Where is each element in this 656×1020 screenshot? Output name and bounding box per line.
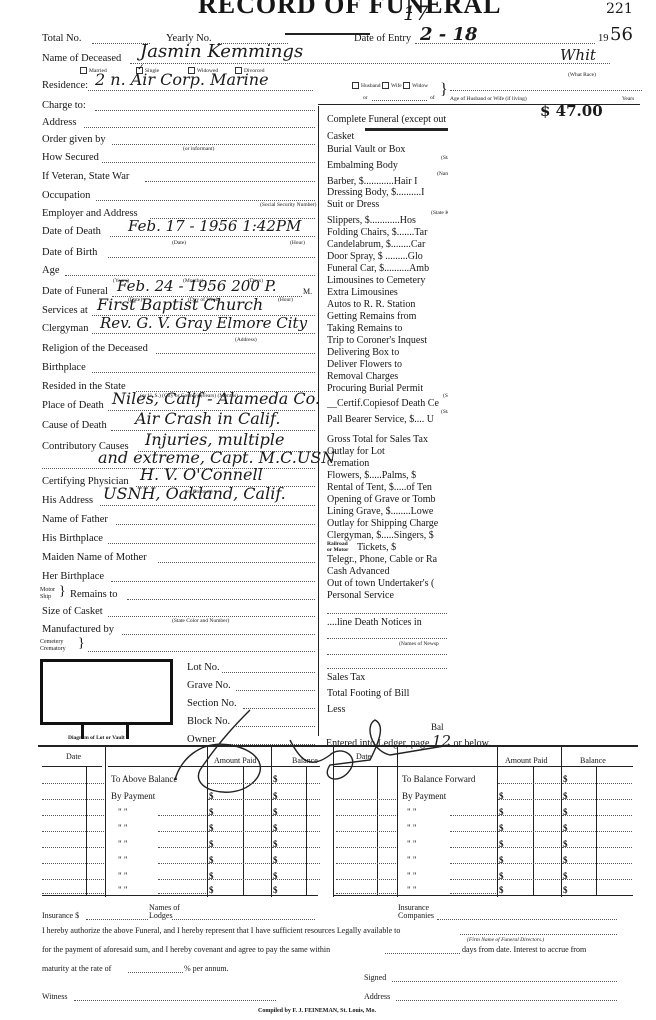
name-of-deceased-value: Jasmin Kemmings	[140, 45, 303, 59]
witness-field[interactable]	[74, 1000, 276, 1001]
ledger-right-desc-line[interactable]	[450, 831, 496, 832]
charge-opening-grave: Opening of Grave or Tomb	[327, 494, 436, 505]
charge-lining-grave: Lining Grave, $........Lowe	[327, 506, 433, 517]
ledger-left-row-0: To Above Balance	[111, 774, 177, 784]
informant-caption: (or informant)	[183, 146, 214, 152]
brace: }	[78, 637, 85, 651]
charge-barber: Barber, $............Hair I	[327, 176, 417, 187]
his-birthplace-field[interactable]	[108, 543, 315, 544]
lot-no-label: Lot No.	[187, 662, 220, 674]
occupation-field[interactable]	[96, 200, 315, 201]
ledger-left-row-2: " "	[118, 807, 128, 817]
charge-removal: Removal Charges	[327, 371, 398, 382]
remains-to-label: Remains to	[70, 589, 118, 601]
charge-out-of-town: Out of town Undertaker's (	[327, 578, 434, 589]
address-footer-field[interactable]	[396, 1000, 617, 1001]
veteran-war-label: If Veteran, State War	[42, 171, 129, 183]
ledger-left-date-line[interactable]	[42, 847, 104, 848]
wife-label: Wife	[391, 83, 402, 89]
her-birthplace-field[interactable]	[111, 581, 315, 582]
ledger-left-balance-line[interactable]	[272, 847, 320, 848]
insurance-field[interactable]	[86, 919, 148, 920]
charge-deliver-flowers: Deliver Flowers to	[327, 359, 402, 370]
ledger-left-desc-line[interactable]	[158, 863, 206, 864]
ledger-right-row-0: To Balance Forward	[402, 774, 475, 784]
maturity-text: maturity at the rate of	[42, 964, 111, 973]
services-at-value: First Baptist Church	[97, 298, 263, 312]
newspapers-caption: (Names of Newsp	[399, 641, 439, 647]
ledger-left-row-6: " "	[118, 871, 128, 881]
charge-burial-permit: Procuring Burial Permit	[327, 383, 423, 394]
firm-name-field[interactable]	[460, 934, 617, 935]
ledger-left-desc-line[interactable]	[158, 879, 206, 880]
casket-color-caption: (State Color and Number)	[172, 618, 229, 624]
his-address-value: USNH, Oakland, Calif.	[103, 487, 286, 501]
witness-label: Witness	[42, 992, 67, 1001]
religion-field[interactable]	[156, 353, 315, 354]
his-address-field[interactable]	[100, 505, 315, 506]
companies-label: Companies	[398, 911, 434, 920]
funeral-hour-caption: (Hour)	[278, 297, 293, 303]
ledger-left-desc-line[interactable]	[158, 831, 206, 832]
authorize-text: I hereby authorize the above Funeral, an…	[42, 926, 400, 935]
address-footer-label: Address	[364, 992, 390, 1001]
ledger-left-date-line[interactable]	[42, 799, 104, 800]
brace: }	[440, 82, 448, 98]
charge-embalming: Embalming Body	[327, 160, 398, 171]
date-of-funeral-value: Feb. 24 - 1956 200 P.	[117, 279, 276, 293]
widow-label: Widow	[412, 83, 428, 89]
ledger-right-amount-line[interactable]	[498, 815, 560, 816]
charge-taking-remains: Taking Remains to	[327, 323, 402, 334]
ledger-right-row-1: By Payment	[402, 791, 446, 801]
address-label: Address	[42, 117, 76, 129]
how-secured-label: How Secured	[42, 152, 99, 164]
ledger-right-date-line[interactable]	[336, 831, 396, 832]
charge-autos-rr: Autos to R. R. Station	[327, 299, 415, 310]
grave-no-label: Grave No.	[187, 680, 231, 692]
ledger-left-bottom-rule	[42, 895, 318, 896]
cemetery-label: Cemetery	[40, 639, 63, 645]
maiden-name-field[interactable]	[158, 562, 315, 563]
lodges-field[interactable]	[172, 919, 315, 920]
price-handwritten: $ 47.00	[540, 104, 603, 118]
ledger-left-date-line[interactable]	[42, 815, 104, 816]
residence-field[interactable]	[88, 90, 313, 91]
diagram-caption: Diagram of Lot or Vault	[68, 735, 125, 741]
residence-value: 2 n. Air Corp. Marine	[95, 73, 269, 87]
ledger-left-desc-line[interactable]	[158, 815, 206, 816]
spouse-of: of	[430, 95, 435, 101]
size-of-casket-field[interactable]	[108, 616, 315, 617]
percent-text: % per annum.	[184, 964, 229, 973]
dollar-sign: $	[499, 885, 504, 895]
ledger-right-balance-line[interactable]	[562, 847, 632, 848]
cause-of-death-label: Cause of Death	[42, 420, 107, 432]
birthplace-label: Birthplace	[42, 362, 86, 374]
cause-of-death-value: Air Crash in Calif.	[135, 412, 280, 426]
order-given-by-label: Order given by	[42, 134, 106, 146]
name-of-deceased-label: Name of Deceased	[42, 53, 121, 65]
address-field[interactable]	[84, 127, 315, 128]
ledger-right-divider	[497, 747, 498, 897]
charge-coroner-trip: Trip to Coroner's Inquest	[327, 335, 427, 346]
spouse-extra-field[interactable]	[450, 90, 642, 91]
dollar-sign: $	[273, 885, 278, 895]
charge-suit-dress: Suit or Dress	[327, 199, 379, 210]
clergyman-label: Clergyman	[42, 323, 88, 335]
ledger-left-balance-line[interactable]	[272, 831, 320, 832]
contributory-causes-value-2: and extreme, Capt. M.C.USN	[98, 451, 335, 465]
signed-label: Signed	[364, 973, 386, 982]
certifying-physician-value: H. V. O'Connell	[140, 468, 263, 482]
charge-to-field[interactable]	[95, 110, 315, 111]
signed-field[interactable]	[392, 981, 617, 982]
ledger-left-amount-line[interactable]	[208, 799, 270, 800]
ledger-right-date-line[interactable]	[336, 799, 396, 800]
embalming-caption: (Name	[437, 171, 448, 177]
charge-folding-chairs: Folding Chairs, $.......Tar	[327, 227, 427, 238]
charge-candelabrum: Candelabrum, $........Car	[327, 239, 425, 250]
hour-caption: (Hour)	[290, 240, 305, 246]
ledger-right-row-4: " "	[407, 839, 417, 849]
diagram-tab-right	[126, 725, 129, 739]
lot-diagram-box	[40, 659, 173, 725]
grave-no-field[interactable]	[236, 690, 315, 691]
ledger-top-rule	[38, 745, 638, 747]
dollar-sign: $	[209, 885, 214, 895]
handwritten-number: 17	[403, 6, 428, 20]
his-birthplace-label: His Birthplace	[42, 533, 103, 545]
ledger-right-balance-line[interactable]	[562, 783, 632, 784]
motor-label: Motor	[40, 587, 55, 593]
residence-label: Residence:	[42, 80, 88, 92]
date-of-death-value: Feb. 17 - 1956 1:42PM	[128, 219, 301, 233]
ledger-right-date-header: Date	[356, 752, 371, 761]
pm-suffix: M.	[303, 286, 312, 298]
charge-casket: Casket	[327, 131, 354, 142]
ledger-left-head-rule	[42, 766, 102, 767]
ledger-right-amount-line[interactable]	[498, 783, 560, 784]
date-of-birth-field[interactable]	[108, 257, 315, 258]
occupation-label: Occupation	[42, 190, 90, 202]
charge-flowers-palms: Flowers, $.....Palms, $	[327, 470, 416, 481]
ledger-left-row-3: " "	[118, 823, 128, 833]
name-of-deceased-field[interactable]	[130, 63, 610, 64]
interest-rate-field[interactable]	[128, 972, 183, 973]
ledger-right-amount-line[interactable]	[498, 879, 560, 880]
ledger-right-balance-line[interactable]	[562, 815, 632, 816]
ledger-right-row-3: " "	[407, 823, 417, 833]
employer-label: Employer and Address	[42, 208, 138, 220]
compiled-by: Compiled by F. J. FEINEMAN, St. Louis, M…	[258, 1008, 376, 1014]
date-caption: (Date)	[172, 240, 186, 246]
dollar-sign: $	[273, 774, 278, 784]
date-of-death-label: Date of Death	[42, 226, 101, 238]
charge-getting-remains: Getting Remains from	[327, 311, 416, 322]
age-spouse-caption: Age of Husband or Wife (if living)	[450, 96, 527, 102]
ledger-left-amount-line[interactable]	[208, 879, 270, 880]
checkbox-wife[interactable]	[382, 82, 389, 89]
checkbox-husband[interactable]	[352, 82, 359, 89]
ledger-left-row-7: " "	[118, 885, 128, 895]
ledger-right-desc-line[interactable]	[450, 893, 496, 894]
ledger-right-divider	[561, 747, 562, 897]
age-label: Age	[42, 265, 60, 277]
charge-cremation: Cremation	[327, 458, 369, 469]
how-secured-field[interactable]	[102, 162, 315, 163]
ledger-left-balance-line[interactable]	[272, 863, 320, 864]
ledger-right-head-rule	[333, 766, 633, 767]
ship-label: Ship	[40, 594, 51, 600]
charge-telegr: Telegr., Phone, Cable or Ra	[327, 554, 437, 565]
charge-extra-limousines: Extra Limousines	[327, 287, 398, 298]
husband-label: Husband	[361, 83, 381, 89]
ledger-left-balance-line[interactable]	[272, 799, 320, 800]
days-text: days from date. Interest to accrue from	[462, 945, 586, 954]
charge-death-certificates: __Certif.Copiesof Death Ce	[327, 398, 439, 409]
date-of-death-field[interactable]	[110, 236, 315, 237]
charge-slippers: Slippers, $............Hos	[327, 215, 416, 226]
remains-to-field[interactable]	[127, 599, 315, 600]
charge-cash-advanced: Cash Advanced	[327, 566, 390, 577]
race-value: Whit	[560, 48, 596, 62]
his-address-label: His Address	[42, 495, 93, 507]
payment-text: for the payment of aforesaid sum, and I …	[42, 945, 330, 954]
ledger-left-row-4: " "	[118, 839, 128, 849]
form-title: RECORD OF FUNERAL	[198, 0, 501, 18]
ledger-right-row-5: " "	[407, 855, 417, 865]
ledger-left-balance-line[interactable]	[272, 815, 320, 816]
ledger-right-row-7: " "	[407, 885, 417, 895]
contributory-causes-value: Injuries, multiple	[145, 433, 284, 447]
ledger-left-desc-line[interactable]	[158, 893, 206, 894]
charge-dressing-body: Dressing Body, $..........I	[327, 187, 424, 198]
size-of-casket-label: Size of Casket	[42, 606, 103, 618]
ledger-right-balance-line[interactable]	[562, 831, 632, 832]
signature-scribble-icon	[170, 700, 470, 800]
charge-limousines: Limousines to Cemetery	[327, 275, 425, 286]
services-at-label: Services at	[42, 305, 88, 317]
ledger-right-desc-line[interactable]	[450, 863, 496, 864]
blank-charge-line[interactable]	[327, 613, 447, 614]
spouse-checkboxes: Husband Wife Widow	[352, 82, 428, 89]
ledger-right-desc-line[interactable]	[450, 815, 496, 816]
ledger-left-row-1: By Payment	[111, 791, 155, 801]
ledger-left-head-rule	[108, 766, 320, 767]
ledger-right-amount-line[interactable]	[498, 863, 560, 864]
firm-caption: (Firm Name of Funeral Directors.)	[467, 937, 544, 943]
charge-funeral-car: Funeral Car, $..........Amb	[327, 263, 429, 274]
clergy-address-caption: (Address)	[235, 337, 257, 343]
ledger-left-balance-line[interactable]	[272, 879, 320, 880]
ledger-left-date-line[interactable]	[42, 893, 104, 894]
certif-caption: (Sta	[443, 393, 448, 399]
name-of-father-label: Name of Father	[42, 514, 108, 526]
ledger-left-balance-header: Balance	[292, 756, 318, 765]
ledger-left-date-line[interactable]	[42, 783, 104, 784]
ledger-left-divider	[105, 747, 106, 897]
lot-no-field[interactable]	[222, 672, 315, 673]
ledger-left-amount-header: Amount Paid	[214, 756, 256, 765]
ledger-left-amount-line[interactable]	[208, 783, 270, 784]
charge-total-footing: Total Footing of Bill	[327, 688, 409, 699]
ledger-right-amount-line[interactable]	[498, 831, 560, 832]
manufactured-by-label: Manufactured by	[42, 624, 114, 636]
charge-shipping: Outlay for Shipping Charge	[327, 518, 438, 529]
spouse-or: or	[363, 95, 368, 101]
ledger-right-divider	[397, 747, 398, 897]
insurance-label: Insurance $	[42, 911, 79, 920]
ledger-left-amount-line[interactable]	[208, 831, 270, 832]
checkbox-widow[interactable]	[403, 82, 410, 89]
age-field[interactable]	[65, 275, 315, 276]
ledger-right-row-2: " "	[407, 807, 417, 817]
ledger-right-balance-line[interactable]	[562, 863, 632, 864]
corner-number: 221	[606, 2, 633, 16]
brace: }	[59, 585, 66, 599]
ledger-right-date-line[interactable]	[336, 863, 396, 864]
ledger-left-date-line[interactable]	[42, 831, 104, 832]
blank-charge-line-3[interactable]	[327, 668, 447, 669]
charge-complete-funeral: Complete Funeral (except out	[327, 114, 446, 125]
clergyman-field[interactable]	[92, 333, 315, 334]
date-of-entry-label: Date of Entry	[354, 33, 411, 45]
ledger-left-amount-line[interactable]	[208, 847, 270, 848]
ledger-right-desc-line[interactable]	[450, 847, 496, 848]
veteran-war-field[interactable]	[145, 181, 315, 182]
cemetery-field[interactable]	[88, 651, 315, 652]
race-caption: (What Race)	[568, 72, 596, 78]
charge-personal-service: Personal Service	[327, 590, 394, 601]
ledger-right-row-6: " "	[407, 871, 417, 881]
ledger-left-date-line[interactable]	[42, 879, 104, 880]
charge-clergyman-singers: Clergyman, $.....Singers, $	[327, 530, 434, 541]
charge-tickets: Tickets, $	[357, 542, 396, 553]
charge-sales-tax: Sales Tax	[327, 672, 365, 683]
birthplace-field[interactable]	[92, 372, 315, 373]
spouse-name-field[interactable]	[372, 100, 427, 101]
total-no-label: Total No.	[42, 33, 82, 45]
complete-funeral-underline	[365, 128, 448, 131]
charge-death-notices: ....line Death Notices in	[327, 617, 422, 628]
ssn-caption: (Social Security Number)	[260, 202, 317, 208]
charge-tent-rental: Rental of Tent, $.....of Ten	[327, 482, 432, 493]
years-caption: Years	[622, 96, 634, 102]
place-of-death-value: Niles, Calif - Alameda Co.	[112, 392, 320, 406]
or-motor-label: or Motor	[327, 547, 348, 553]
ledger-right-date-line[interactable]	[336, 847, 396, 848]
ledger-left-balance-line[interactable]	[272, 783, 320, 784]
date-of-entry-value: 2 - 18	[420, 28, 478, 42]
ledger-left-divider	[271, 747, 272, 897]
ledger-left-date-header: Date	[66, 752, 81, 761]
year-prefix: 19	[598, 33, 609, 45]
ledger-right-balance-line[interactable]	[562, 879, 632, 880]
pall-caption: (State	[441, 409, 448, 415]
order-given-by-field[interactable]	[112, 144, 315, 145]
ledger-right-amount-line[interactable]	[498, 847, 560, 848]
charge-door-spray: Door Spray, $ .........Glo	[327, 251, 423, 262]
ledger-left-divider	[207, 747, 208, 897]
charge-delivering-box: Delivering Box to	[327, 347, 399, 358]
date-of-birth-label: Date of Birth	[42, 247, 97, 259]
ledger-right-balance-header: Balance	[580, 756, 606, 765]
charge-outlay-lot: Outlay for Lot	[327, 446, 385, 457]
name-of-father-field[interactable]	[116, 524, 315, 525]
charge-gross-total: Gross Total for Sales Tax	[327, 434, 428, 445]
insurance-companies-field[interactable]	[437, 919, 617, 920]
suit-caption: (State Ki	[431, 210, 448, 216]
ledger-left-amount-line[interactable]	[208, 863, 270, 864]
religion-label: Religion of the Deceased	[42, 343, 148, 355]
ledger-left-amount-line[interactable]	[208, 815, 270, 816]
ledger-left-date-line[interactable]	[42, 863, 104, 864]
charges-panel: Complete Funeral (except out Casket Buri…	[318, 106, 448, 736]
dollar-sign: $	[563, 885, 568, 895]
newspaper-line[interactable]	[327, 638, 447, 639]
ledger-right-amount-line[interactable]	[498, 799, 560, 800]
checkbox-married-box[interactable]	[80, 67, 87, 74]
maiden-name-label: Maiden Name of Mother	[42, 552, 147, 564]
charge-to-label: Charge to:	[42, 100, 86, 112]
clergyman-value: Rev. G. V. Gray Elmore City	[100, 316, 307, 330]
ledger-right-date-line[interactable]	[336, 879, 396, 880]
place-of-death-label: Place of Death	[42, 400, 104, 412]
crematory-label: Crematory	[40, 646, 66, 652]
ledger-right-balance-line[interactable]	[562, 799, 632, 800]
year-value: 56	[610, 28, 633, 42]
burial-vault-caption: (Stat	[441, 155, 448, 161]
ledger-left-desc-line[interactable]	[158, 847, 206, 848]
ledger-right-bottom-rule	[333, 895, 633, 896]
charge-burial-vault: Burial Vault or Box	[327, 144, 405, 155]
her-birthplace-label: Her Birthplace	[42, 571, 104, 583]
days-field[interactable]	[385, 953, 460, 954]
ledger-right-divider	[333, 747, 334, 897]
ledger-right-amount-header: Amount Paid	[505, 756, 547, 765]
ledger-right-date-line[interactable]	[336, 815, 396, 816]
charge-pall-bearer: Pall Bearer Service, $.... U	[327, 414, 434, 425]
ledger-right-date-line[interactable]	[336, 893, 396, 894]
lodges-label: Lodges	[149, 911, 173, 920]
ledger-right-desc-line[interactable]	[450, 879, 496, 880]
manufactured-by-field[interactable]	[122, 634, 315, 635]
ledger-left-row-5: " "	[118, 855, 128, 865]
blank-charge-line-2[interactable]	[327, 654, 447, 655]
